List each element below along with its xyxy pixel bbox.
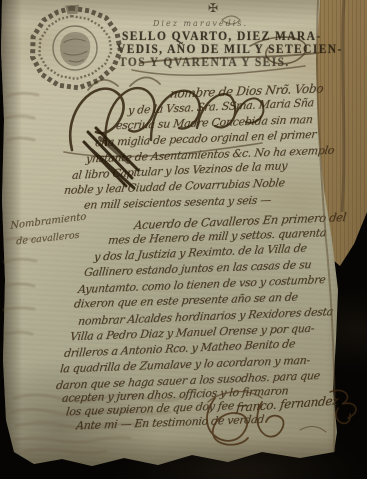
- cross-icon: ✠: [208, 1, 218, 15]
- text-layer: ✠ Diez maravedis. SELLO QVARTO, DIEZ MAR…: [0, 0, 367, 479]
- stamp-line: SELLO QVARTO, DIEZ MARA-: [122, 31, 322, 44]
- margin-note: de cavalleros: [16, 230, 79, 248]
- photographed-manuscript: ✠ Diez maravedis. SELLO QVARTO, DIEZ MAR…: [0, 0, 367, 479]
- margin-note: Nombramiento: [10, 211, 86, 231]
- stamp-small-print: Diez maravedis.: [153, 19, 248, 28]
- stamp-line: VEDIS, AÑO DE MIL Y SETECIEN-: [117, 44, 343, 57]
- manuscript-line: en mill seiscientos sesenta y seis —: [83, 193, 271, 211]
- stamp-line: TOS Y QVARENTA Y SEIS.: [119, 57, 290, 70]
